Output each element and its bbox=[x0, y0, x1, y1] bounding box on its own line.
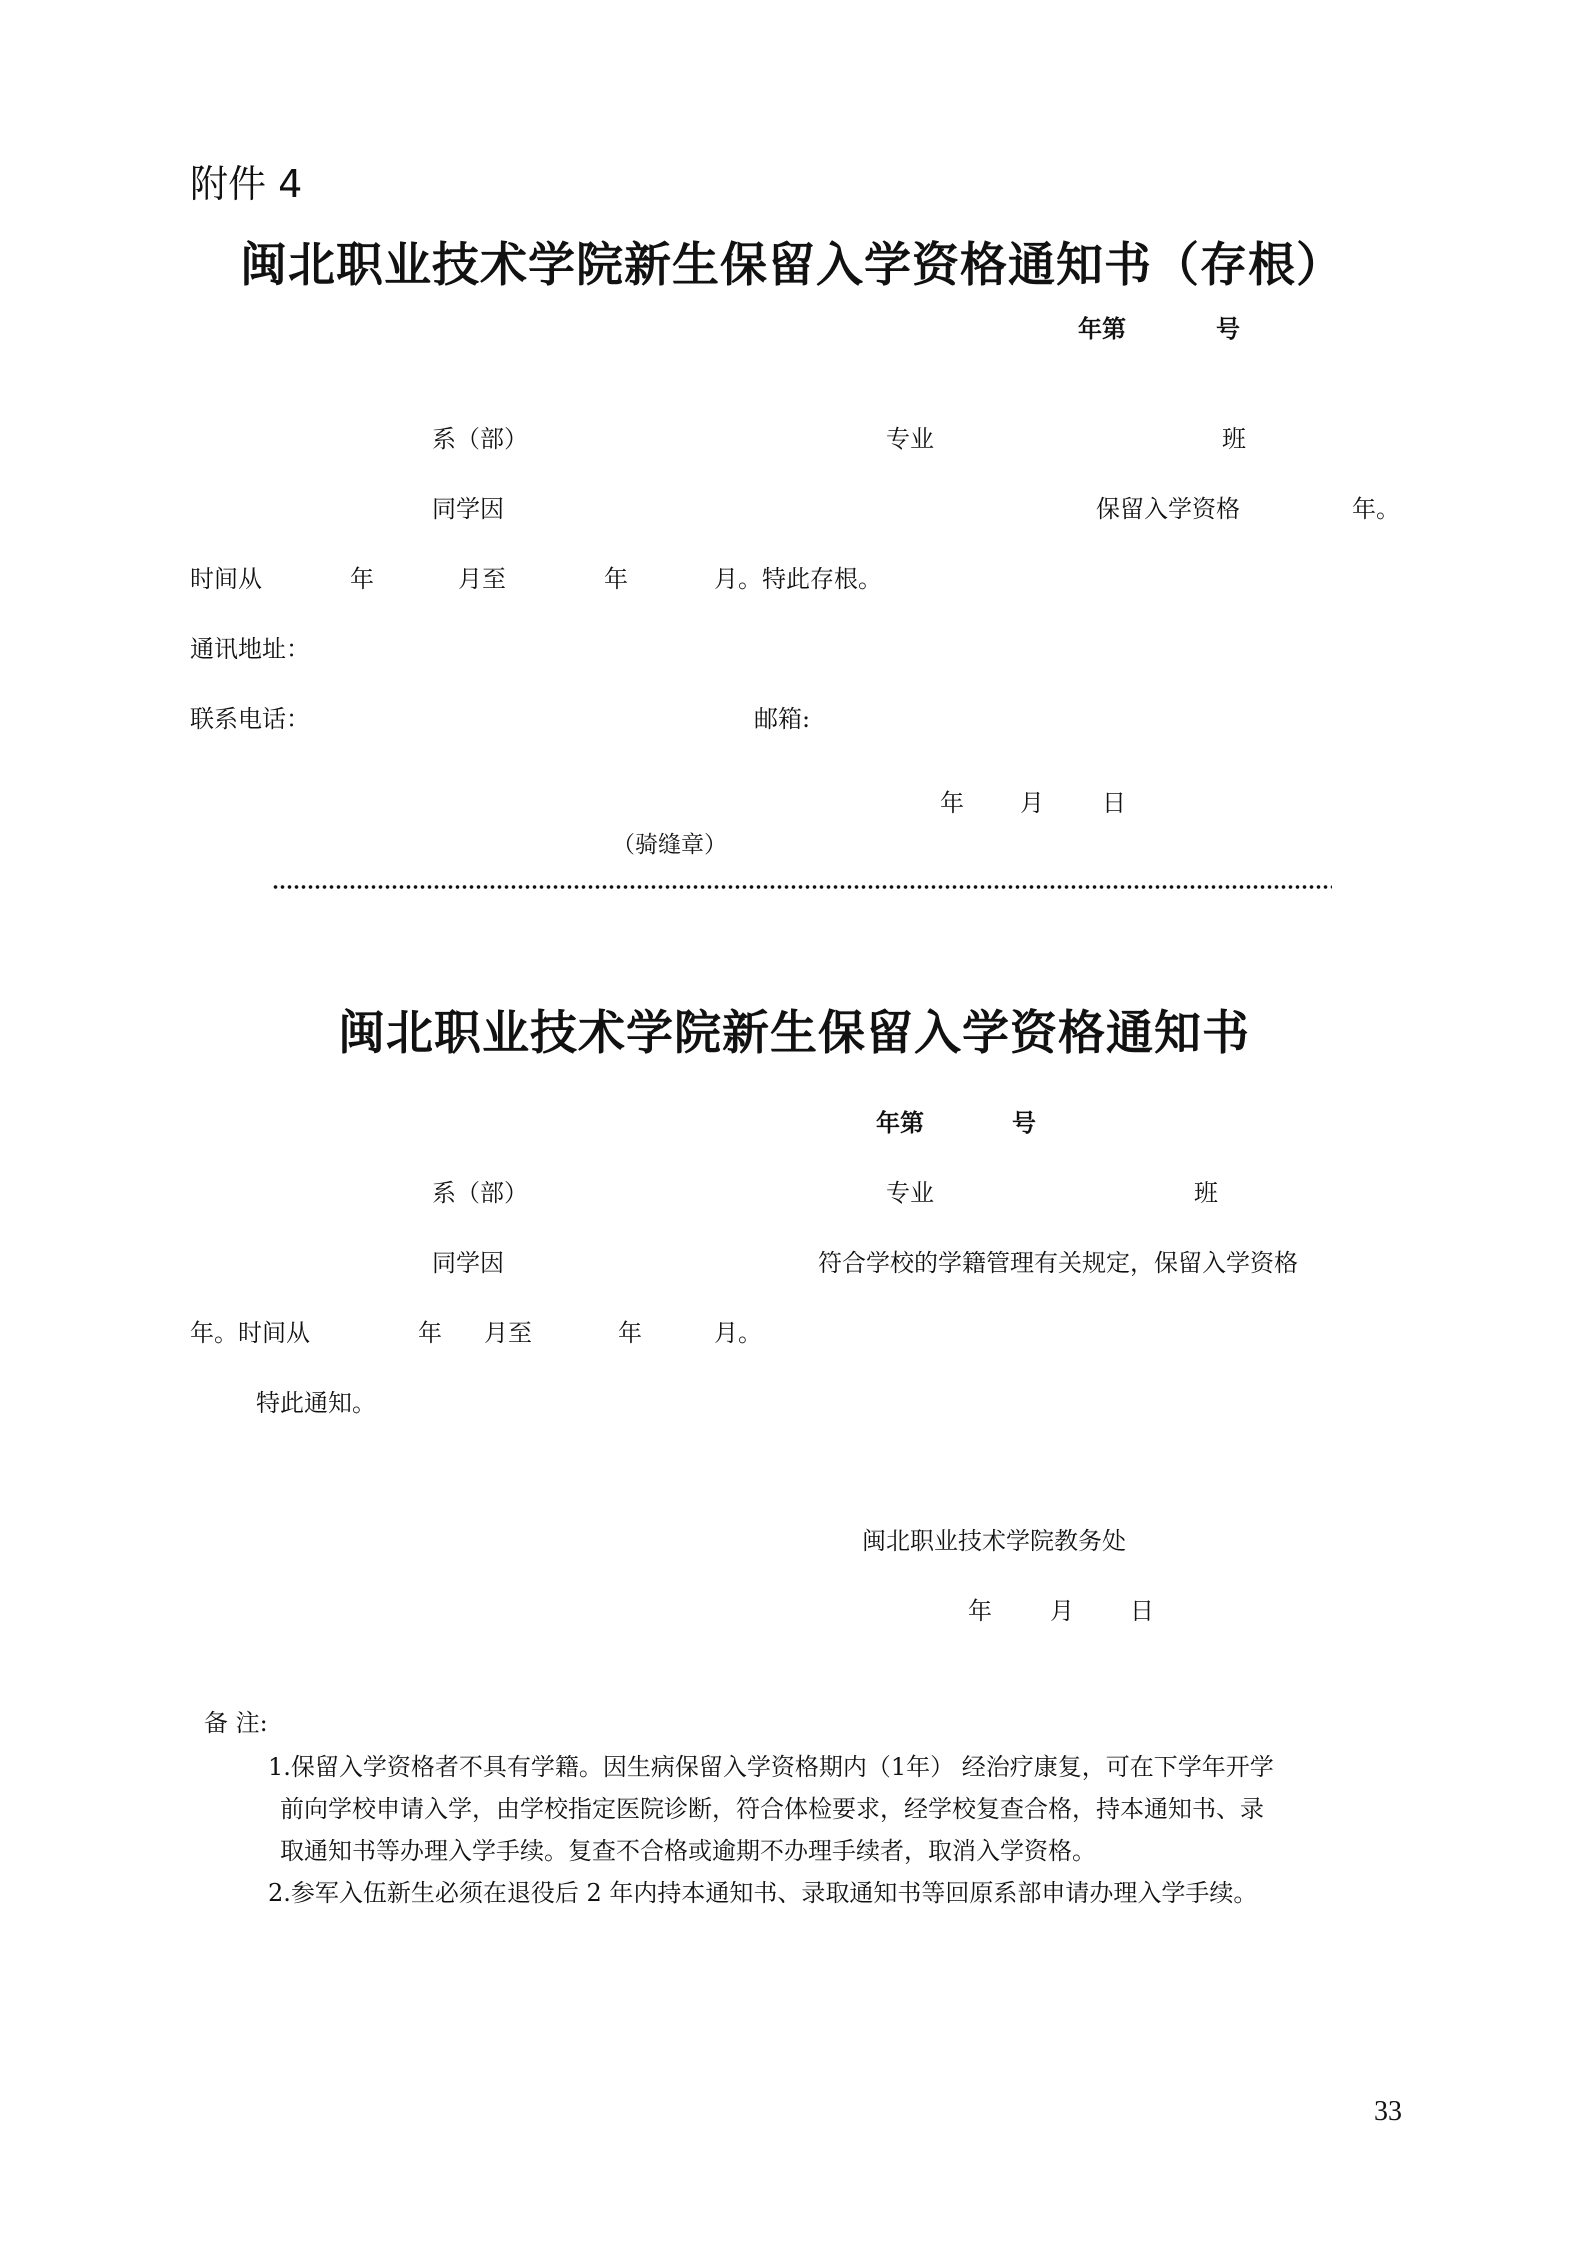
notice-dept-label: 系（部） bbox=[432, 1178, 528, 1208]
notice-class-label: 班 bbox=[1194, 1178, 1218, 1208]
stub-student-reason: 同学因 bbox=[432, 494, 504, 524]
stub-end-text: 月。特此存根。 bbox=[714, 564, 882, 594]
page-number: 33 bbox=[1374, 2096, 1402, 2128]
perforation-dotted-line bbox=[272, 884, 1332, 890]
stub-address-label: 通讯地址： bbox=[190, 634, 310, 664]
notice-hereby: 特此通知。 bbox=[256, 1388, 376, 1418]
stub-time-from: 时间从 bbox=[190, 564, 262, 594]
stub-number-suffix: 号 bbox=[1216, 314, 1240, 344]
stub-phone-label: 联系电话： bbox=[190, 704, 310, 734]
stub-date-year: 年 bbox=[940, 788, 964, 818]
remarks-item: 2.参军入伍新生必须在退役后 2 年内持本通知书、录取通知书等回原系部申请办理入… bbox=[268, 1872, 1257, 1914]
stub-seal-label: （骑缝章） bbox=[612, 830, 727, 860]
stub-retain-label: 保留入学资格 bbox=[1096, 494, 1240, 524]
remarks-item: 1.保留入学资格者不具有学籍。因生病保留入学资格期内（1年） 经治疗康复，可在下… bbox=[268, 1746, 1274, 1788]
stub-email-label: 邮箱: bbox=[754, 704, 810, 734]
notice-title: 闽北职业技术学院新生保留入学资格通知书 bbox=[338, 1004, 1250, 1064]
notice-year2: 年 bbox=[618, 1318, 642, 1348]
notice-number-suffix: 号 bbox=[1012, 1108, 1036, 1138]
remarks-item: 前向学校申请入学，由学校指定医院诊断，符合体检要求，经学校复查合格，持本通知书、… bbox=[280, 1788, 1264, 1830]
notice-student-reason: 同学因 bbox=[432, 1248, 504, 1278]
stub-date-month: 月 bbox=[1020, 788, 1044, 818]
notice-end-text: 月。 bbox=[714, 1318, 762, 1348]
notice-number-year: 年第 bbox=[876, 1108, 924, 1138]
notice-year1: 年 bbox=[418, 1318, 442, 1348]
notice-year-time-from: 年。时间从 bbox=[190, 1318, 310, 1348]
stub-years-label: 年。 bbox=[1352, 494, 1400, 524]
notice-month-to: 月至 bbox=[484, 1318, 532, 1348]
stub-year1: 年 bbox=[350, 564, 374, 594]
notice-date-year: 年 bbox=[968, 1596, 992, 1626]
stub-dept-label: 系（部） bbox=[432, 424, 528, 454]
stub-number-year: 年第 bbox=[1078, 314, 1126, 344]
notice-major-label: 专业 bbox=[886, 1178, 934, 1208]
notice-issuer: 闽北职业技术学院教务处 bbox=[862, 1526, 1126, 1556]
stub-date-day: 日 bbox=[1102, 788, 1126, 818]
remarks-label: 备 注: bbox=[204, 1708, 268, 1738]
notice-compliance-text: 符合学校的学籍管理有关规定，保留入学资格 bbox=[818, 1248, 1298, 1278]
stub-class-label: 班 bbox=[1222, 424, 1246, 454]
remarks-item: 取通知书等办理入学手续。复查不合格或逾期不办理手续者，取消入学资格。 bbox=[280, 1830, 1096, 1872]
stub-major-label: 专业 bbox=[886, 424, 934, 454]
stub-title: 闽北职业技术学院新生保留入学资格通知书（存根） bbox=[240, 236, 1344, 296]
attachment-label: 附件 4 bbox=[190, 160, 302, 208]
notice-date-day: 日 bbox=[1130, 1596, 1154, 1626]
stub-year2: 年 bbox=[604, 564, 628, 594]
stub-month-to: 月至 bbox=[458, 564, 506, 594]
notice-date-month: 月 bbox=[1050, 1596, 1074, 1626]
